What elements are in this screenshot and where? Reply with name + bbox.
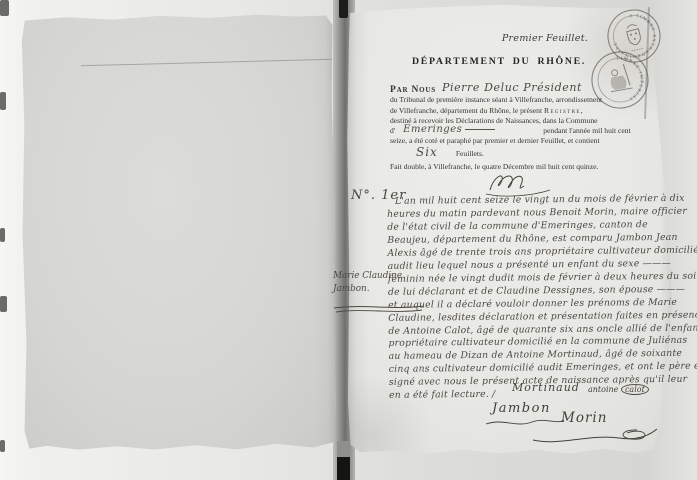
crown-icon bbox=[626, 24, 636, 29]
flourish-line bbox=[465, 128, 495, 130]
register-preamble: Par NousPierre Deluc Président du Tribun… bbox=[390, 84, 648, 172]
preamble-line: Par NousPierre Deluc Président bbox=[390, 84, 648, 95]
par-nous-label: Par Nous bbox=[390, 85, 436, 95]
preamble-line: SixFeuillets. bbox=[390, 147, 648, 159]
page-title: DÉPARTEMENT DU RHÔNE. bbox=[399, 56, 599, 67]
left-blank-page bbox=[18, 12, 338, 453]
witness-signature: antoine calot bbox=[588, 385, 649, 394]
preamble-line: du Tribunal de première instance séant à… bbox=[390, 95, 648, 105]
witness2-first-name: antoine bbox=[588, 385, 618, 394]
registre-word: Registre, bbox=[544, 106, 584, 115]
timbre-extraordinaire-stamp-icon: A TIMBRE EXTRAORDINAIRE bbox=[602, 4, 665, 67]
commune-prefix: d' bbox=[390, 126, 395, 135]
scan-edge-mark bbox=[0, 92, 6, 110]
spine-binding-bottom bbox=[337, 457, 350, 480]
witness-signature: Mortinaud bbox=[512, 381, 580, 394]
scanned-register-spread: Premier Feuillet. DÉPARTEMENT DU RHÔNE. … bbox=[0, 0, 697, 480]
feuillets-count-handwritten: Six bbox=[416, 145, 438, 159]
preamble-text: pendant l'année mil huit cent bbox=[543, 126, 630, 135]
shield-icon bbox=[627, 29, 642, 46]
father-signature: Jambon bbox=[492, 401, 551, 416]
scan-edge-mark bbox=[0, 296, 7, 312]
preamble-line: d'Emeringespendant l'année mil huit cent bbox=[390, 126, 648, 136]
preamble-text: de Villefranche, département du Rhône, l… bbox=[390, 106, 542, 115]
preamble-line: de Villefranche, département du Rhône, l… bbox=[390, 106, 648, 116]
paper-crease bbox=[81, 58, 353, 66]
scan-edge-mark bbox=[0, 440, 5, 452]
officer-signature-flourish-icon bbox=[529, 424, 661, 446]
scan-edge-mark bbox=[0, 228, 5, 242]
president-name-handwritten: Pierre Deluc Président bbox=[442, 81, 582, 94]
commune-name-handwritten: Emeringes bbox=[403, 124, 462, 135]
right-page-content: Premier Feuillet. DÉPARTEMENT DU RHÔNE. … bbox=[344, 4, 676, 456]
scan-edge-mark bbox=[0, 0, 9, 16]
feuillets-label: Feuillets. bbox=[456, 149, 484, 158]
witness2-last-name: calot bbox=[621, 384, 649, 395]
birth-act-text: L'an mil huit cent seize le vingt un du … bbox=[387, 192, 697, 403]
